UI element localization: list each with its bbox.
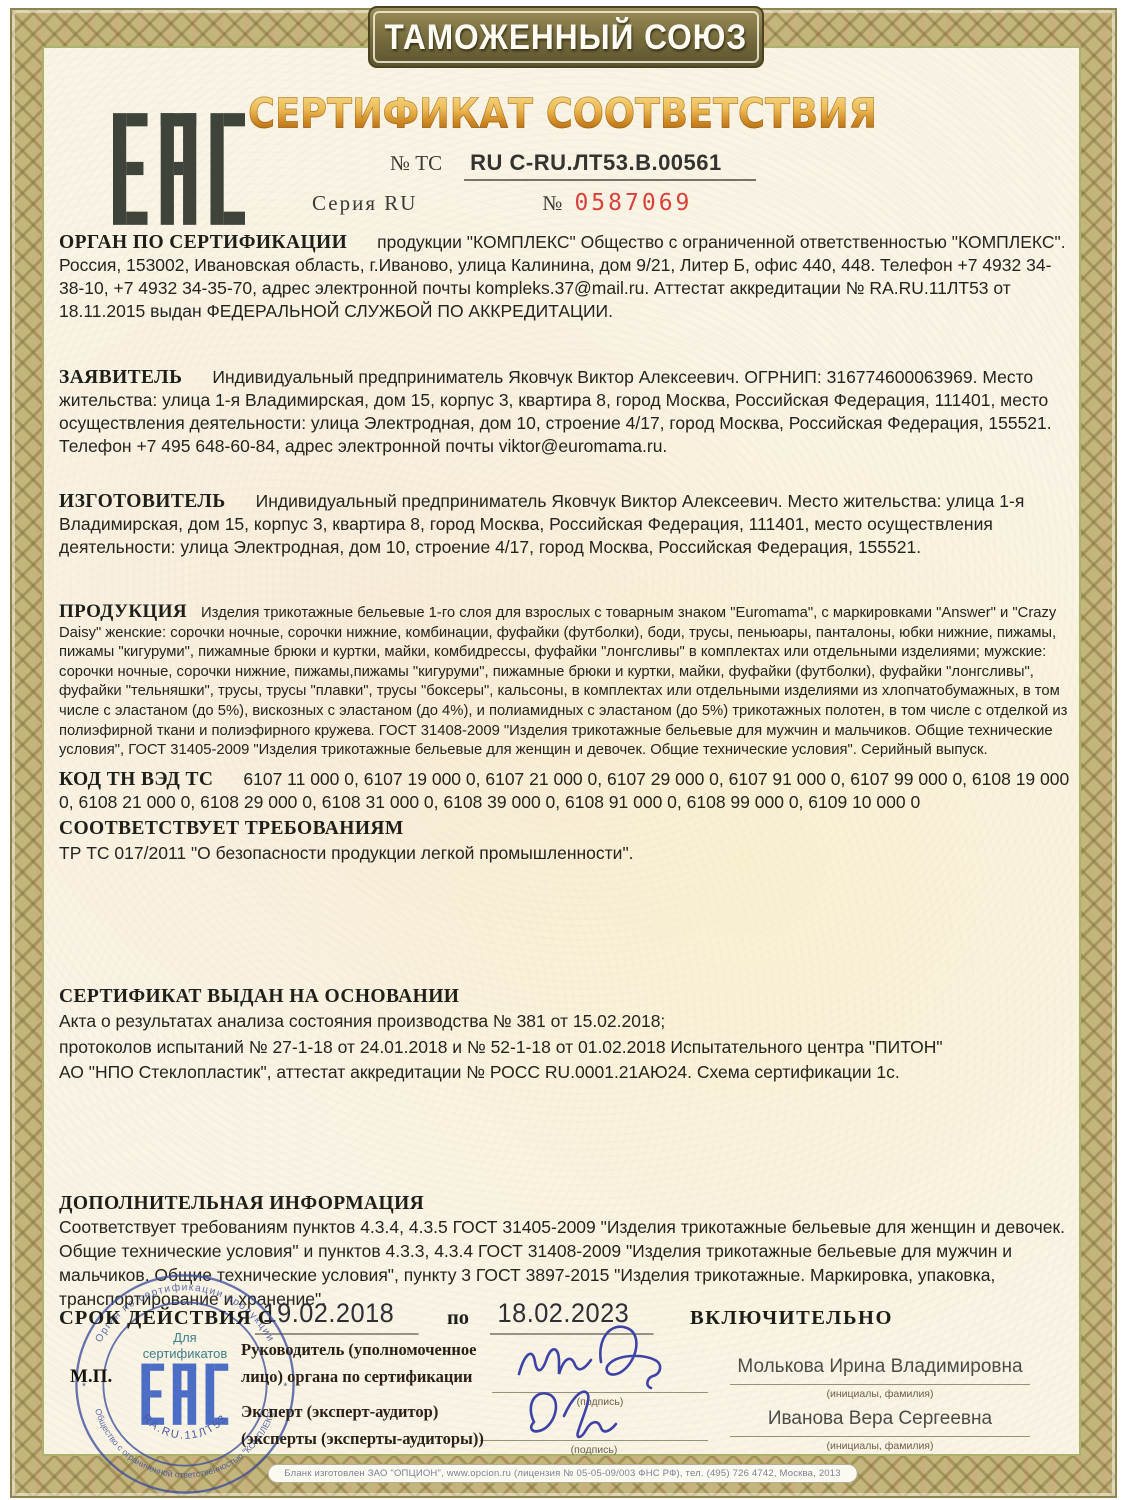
validity-po-label: по — [447, 1307, 469, 1330]
stamp-place-label: М.П. — [70, 1366, 112, 1388]
stamp-for-line2: сертификатов — [143, 1346, 228, 1361]
head-signature — [505, 1318, 705, 1392]
stamp-for-line1: Для — [173, 1330, 196, 1345]
issued-line: протоколов испытаний № 27-1-18 от 24.01.… — [59, 1035, 1071, 1061]
expert-name-line — [730, 1436, 1030, 1437]
complies-label: СООТВЕТСТВУЕТ ТРЕБОВАНИЯМ — [59, 818, 404, 840]
expert-name: Иванова Вера Сергеевна — [730, 1408, 1030, 1430]
cert-number-label: № ТС — [390, 151, 442, 176]
series-label: Серия RU — [312, 191, 417, 216]
certificate-page: ТАМОЖЕННЫЙ СОЮЗ СЕРТИФИКАТ СООТВЕТСТВИЯ … — [0, 0, 1125, 1500]
issued-label: СЕРТИФИКАТ ВЫДАН НА ОСНОВАНИИ — [59, 986, 459, 1008]
issued-lines: Акта о результатах анализа состояния про… — [59, 1009, 1071, 1086]
certification-body-label: ОРГАН ПО СЕРТИФИКАЦИИ — [59, 232, 377, 253]
customs-union-banner: ТАМОЖЕННЫЙ СОЮЗ — [368, 6, 764, 68]
series-no-sign: № — [542, 191, 562, 216]
expert-name-caption: (инициалы, фамилия) — [730, 1440, 1030, 1452]
issued-line: Акта о результатах анализа состояния про… — [59, 1009, 1071, 1035]
series-row: Серия RU № 0587069 — [312, 190, 692, 216]
tnved-label: КОД ТН ВЭД ТС — [59, 769, 243, 790]
complies-text: ТР ТС 017/2011 "О безопасности продукции… — [59, 841, 1071, 865]
cert-number-row: № ТС RU C-RU.ЛТ53.В.00561 — [390, 150, 756, 181]
blank-manufacturer-note: Бланк изготовлен ЗАО "ОПЦИОН", www.opcio… — [267, 1464, 858, 1483]
manufacturer-label: ИЗГОТОВИТЕЛЬ — [59, 491, 256, 512]
section-applicant: ЗАЯВИТЕЛЬИндивидуальный предприниматель … — [59, 366, 1071, 458]
production-label: ПРОДУКЦИЯ — [59, 601, 201, 622]
banner-title: ТАМОЖЕННЫЙ СОЮЗ — [385, 16, 748, 57]
head-name-line — [730, 1384, 1030, 1385]
validity-inclusive-label: ВКЛЮЧИТЕЛЬНО — [690, 1307, 893, 1330]
head-name-caption: (инициалы, фамилия) — [730, 1388, 1030, 1400]
series-value: 0587069 — [574, 190, 692, 216]
eac-logo-stamp — [141, 1364, 228, 1425]
cert-number-value: RU C-RU.ЛТ53.В.00561 — [464, 150, 756, 181]
page-title: СЕРТИФИКАТ СООТВЕТСТВИЯ — [34, 91, 1092, 138]
section-manufacturer: ИЗГОТОВИТЕЛЬИндивидуальный предпринимате… — [59, 490, 1071, 559]
production-text: Изделия трикотажные бельевые 1-го слоя д… — [59, 605, 1067, 758]
section-certification-body: ОРГАН ПО СЕРТИФИКАЦИИпродукции "КОМПЛЕКС… — [59, 231, 1071, 323]
section-production: ПРОДУКЦИЯИзделия трикотажные бельевые 1-… — [59, 602, 1071, 761]
head-name: Молькова Ирина Владимировна — [730, 1356, 1030, 1378]
expert-signature — [512, 1382, 662, 1442]
issued-line: АО "НПО Стеклопластик", аттестат аккреди… — [59, 1060, 1071, 1086]
section-tnved: КОД ТН ВЭД ТС6107 11 000 0, 6107 19 000 … — [59, 768, 1071, 814]
additional-label: ДОПОЛНИТЕЛЬНАЯ ИНФОРМАЦИЯ — [59, 1193, 424, 1215]
stamp-accreditation-number: RA.RU.11ЛТ53 — [140, 1412, 230, 1442]
applicant-label: ЗАЯВИТЕЛЬ — [59, 367, 212, 388]
validity-label: СРОК ДЕЙСТВИЯ С — [59, 1307, 274, 1330]
